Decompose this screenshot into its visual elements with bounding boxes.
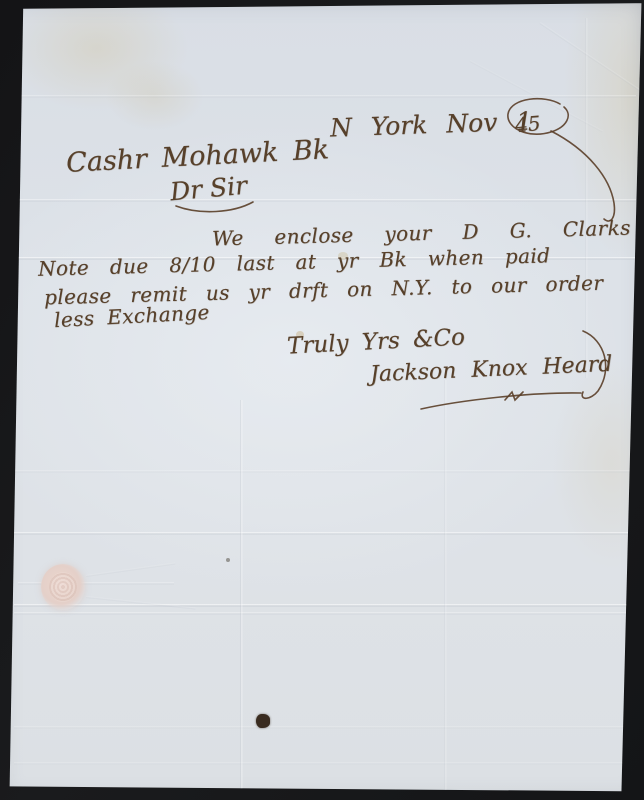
- signature-zigzag-mark: [505, 392, 523, 400]
- stain-speck: [226, 558, 230, 562]
- signature-line: Jackson Knox Heard: [370, 352, 613, 388]
- fold-crease: [14, 612, 636, 615]
- closing-line: Truly Yrs &Co: [286, 324, 465, 359]
- ink-blot: [256, 714, 270, 728]
- fold-crease: [14, 726, 636, 729]
- fold-crease: [86, 562, 175, 577]
- fold-crease: [14, 470, 636, 473]
- dateline-place-date: N York Nov 1: [330, 106, 533, 142]
- fold-crease: [14, 532, 636, 535]
- fold-crease: [444, 380, 447, 790]
- scanned-letter: N York Nov 1 45 Cashr Mohawk Bk Dr Sir W…: [0, 0, 644, 800]
- fold-crease: [14, 199, 636, 202]
- letter-paper: N York Nov 1 45 Cashr Mohawk Bk Dr Sir W…: [0, 0, 644, 800]
- addressee-line: Cashr Mohawk Bk: [65, 134, 329, 179]
- dateline-year: 45: [514, 111, 541, 137]
- ink-flourish-overlay: [0, 0, 644, 800]
- fold-crease: [14, 604, 636, 607]
- fold-crease: [14, 762, 636, 765]
- fold-crease: [585, 18, 588, 378]
- fold-crease: [240, 400, 243, 790]
- embossed-seal-remnant: [41, 564, 85, 610]
- year-tail-flourish: [551, 131, 614, 221]
- fold-crease: [86, 596, 196, 609]
- body-line-1: We enclose your D G. Clarks: [212, 216, 631, 251]
- fold-crease: [539, 22, 640, 91]
